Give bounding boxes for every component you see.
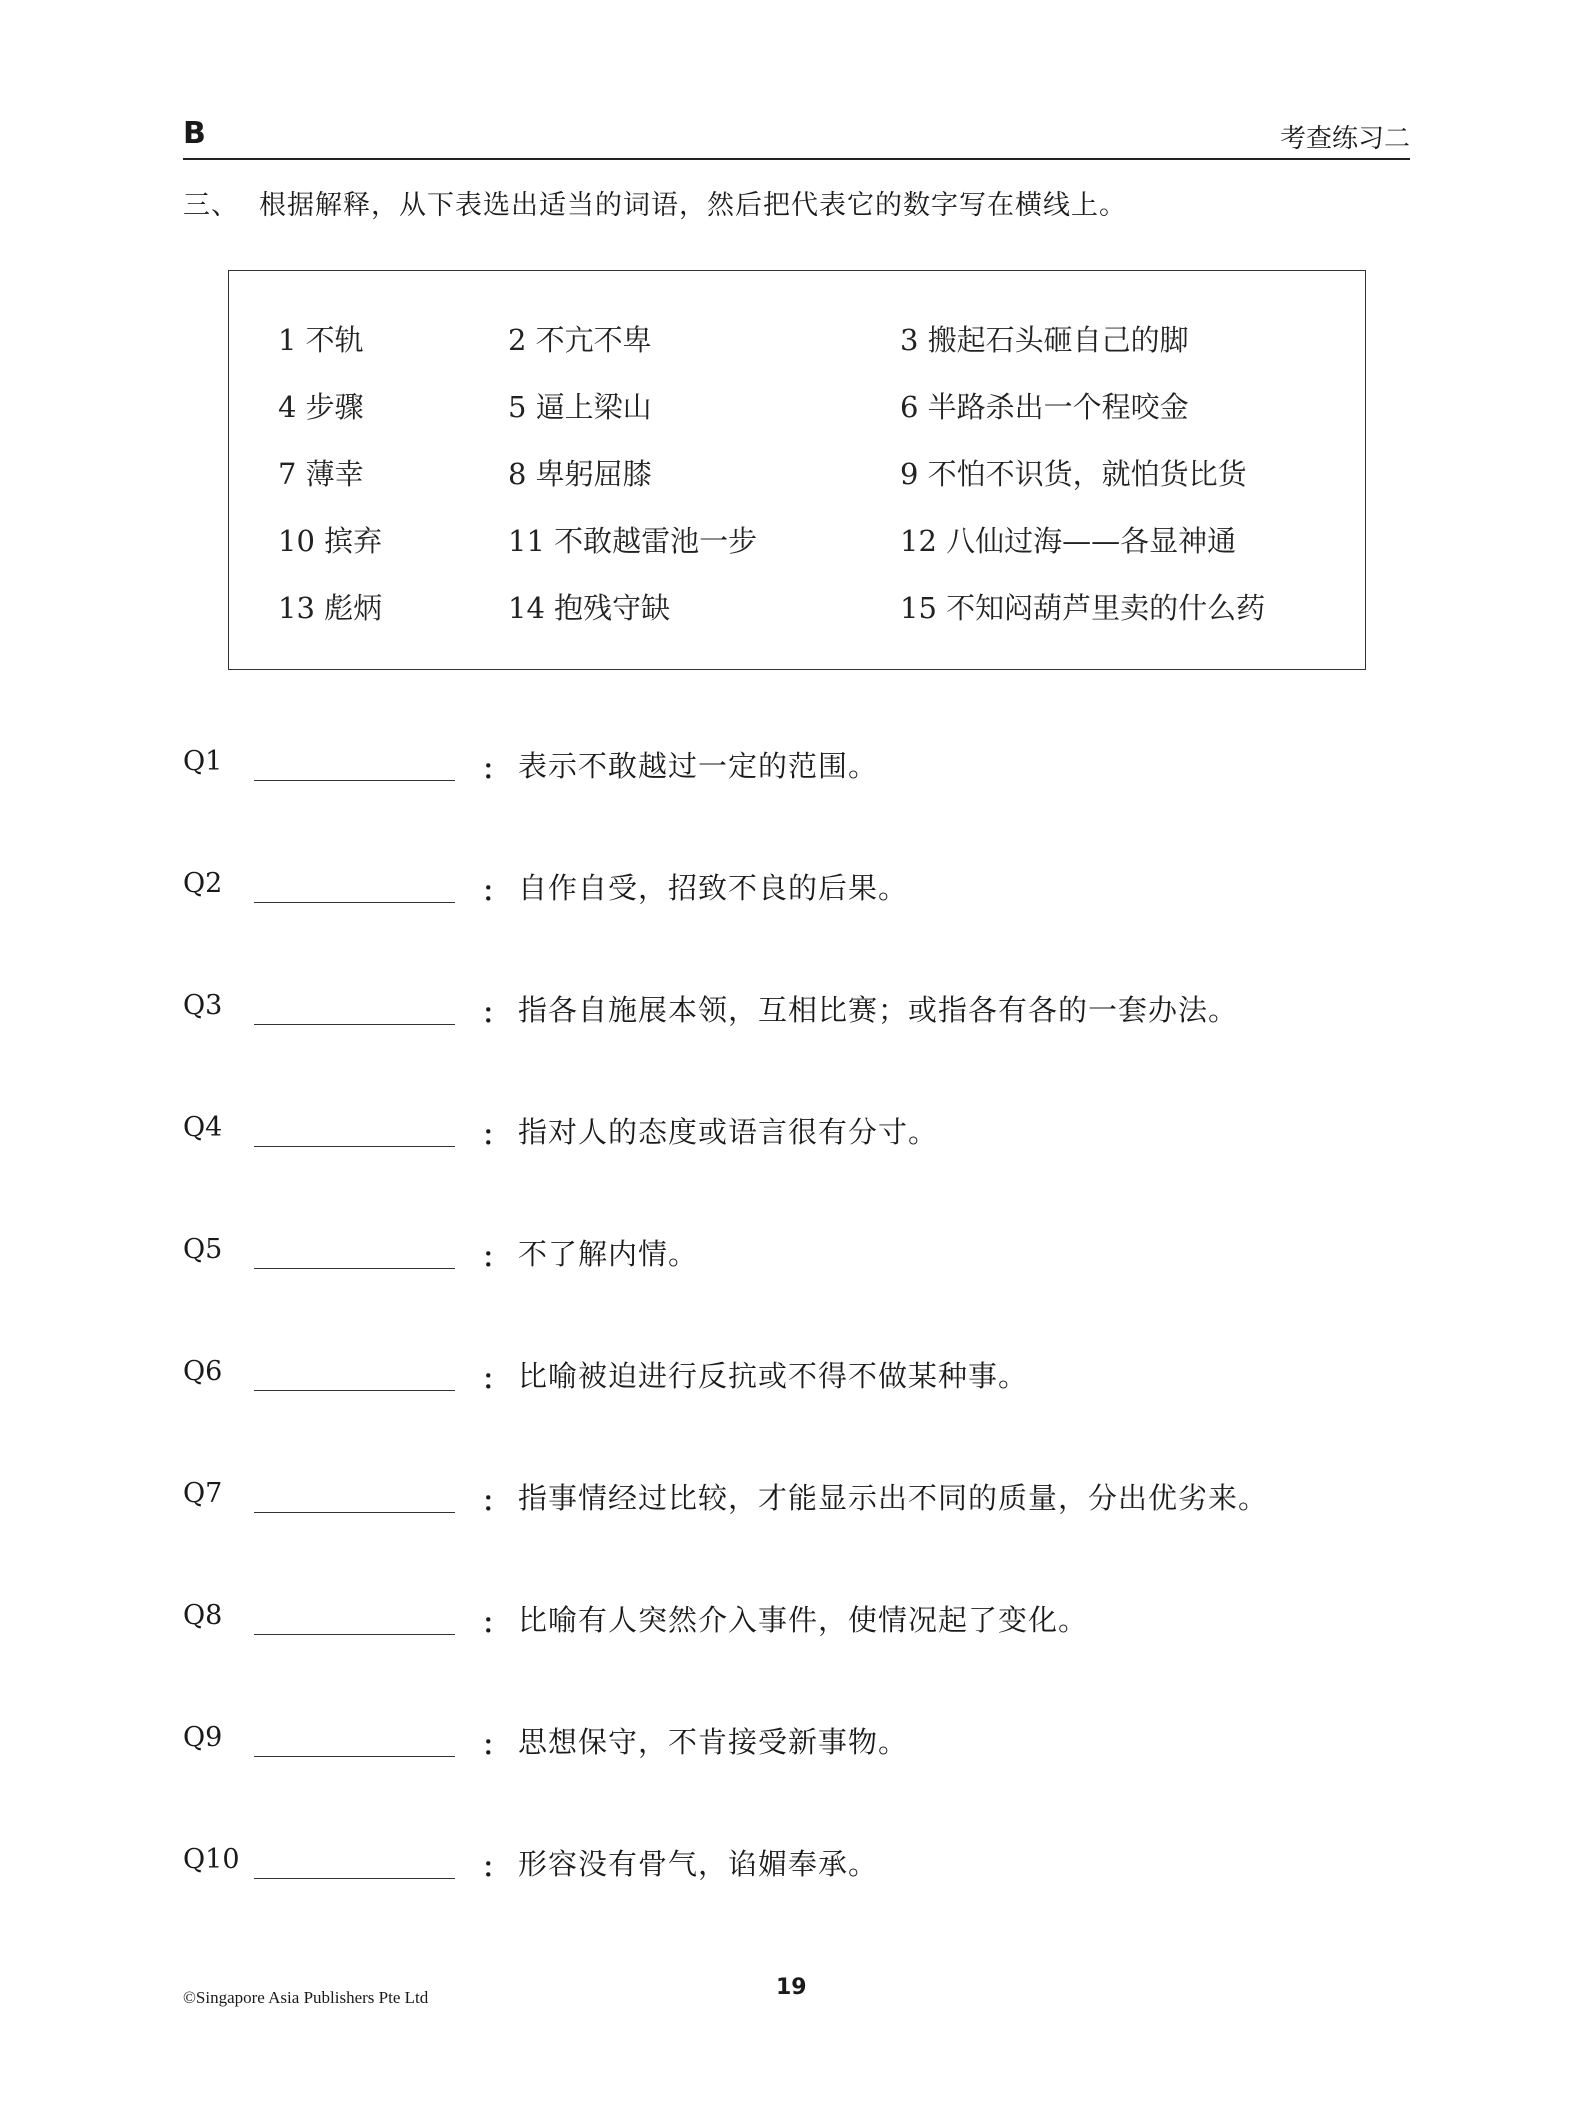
question-label: Q9 bbox=[183, 1722, 222, 1753]
question-label: Q10 bbox=[183, 1844, 240, 1875]
answer-blank[interactable] bbox=[254, 780, 455, 781]
word-text: 不知闷葫芦里卖的什么药 bbox=[946, 591, 1265, 625]
word-bank-item: 12 八仙过海——各显神通 bbox=[900, 519, 1236, 560]
word-number: 5 bbox=[508, 390, 526, 424]
colon: ： bbox=[482, 1358, 509, 1397]
word-bank-item: 8 卑躬屈膝 bbox=[508, 452, 652, 493]
word-number: 3 bbox=[900, 323, 918, 357]
question-label: Q5 bbox=[183, 1234, 222, 1265]
word-bank-item: 5 逼上梁山 bbox=[508, 385, 652, 426]
word-text: 八仙过海——各显神通 bbox=[946, 524, 1236, 558]
question-definition: 指对人的态度或语言很有分寸。 bbox=[518, 1110, 938, 1151]
word-number: 11 bbox=[508, 524, 545, 558]
question-definition: 思想保守，不肯接受新事物。 bbox=[518, 1720, 908, 1761]
word-text: 半路杀出一个程咬金 bbox=[928, 390, 1189, 424]
word-text: 薄幸 bbox=[306, 457, 364, 491]
word-bank-item: 13 彪炳 bbox=[278, 586, 382, 627]
word-number: 2 bbox=[508, 323, 526, 357]
word-text: 彪炳 bbox=[324, 591, 382, 625]
word-number: 7 bbox=[278, 457, 296, 491]
word-number: 15 bbox=[900, 591, 937, 625]
word-number: 6 bbox=[900, 390, 918, 424]
colon: ： bbox=[482, 1236, 509, 1275]
word-text: 抱残守缺 bbox=[554, 591, 670, 625]
colon: ： bbox=[482, 992, 509, 1031]
page-number: 19 bbox=[776, 1975, 807, 2000]
instruction: 三、根据解释，从下表选出适当的词语，然后把代表它的数字写在横线上。 bbox=[183, 183, 1127, 222]
question-definition: 自作自受，招致不良的后果。 bbox=[518, 866, 908, 907]
header-divider bbox=[183, 158, 1410, 160]
colon: ： bbox=[482, 748, 509, 787]
word-number: 13 bbox=[278, 591, 315, 625]
instruction-number: 三、 bbox=[183, 190, 239, 221]
question-definition: 比喻有人突然介入事件，使情况起了变化。 bbox=[518, 1598, 1088, 1639]
word-bank-item: 9 不怕不识货，就怕货比货 bbox=[900, 452, 1247, 493]
question-definition: 指事情经过比较，才能显示出不同的质量，分出优劣来。 bbox=[518, 1476, 1268, 1517]
word-text: 卑躬屈膝 bbox=[536, 457, 652, 491]
answer-blank[interactable] bbox=[254, 1146, 455, 1147]
word-bank-item: 10 摈弃 bbox=[278, 519, 382, 560]
question-label: Q8 bbox=[183, 1600, 222, 1631]
answer-blank[interactable] bbox=[254, 1512, 455, 1513]
question-definition: 指各自施展本领，互相比赛；或指各有各的一套办法。 bbox=[518, 988, 1238, 1029]
word-bank-item: 15 不知闷葫芦里卖的什么药 bbox=[900, 586, 1265, 627]
word-number: 4 bbox=[278, 390, 296, 424]
answer-blank[interactable] bbox=[254, 1756, 455, 1757]
word-bank-item: 14 抱残守缺 bbox=[508, 586, 670, 627]
question-label: Q7 bbox=[183, 1478, 222, 1509]
word-number: 10 bbox=[278, 524, 315, 558]
question-label: Q2 bbox=[183, 868, 222, 899]
word-text: 搬起石头砸自己的脚 bbox=[928, 323, 1189, 357]
answer-blank[interactable] bbox=[254, 1390, 455, 1391]
word-number: 12 bbox=[900, 524, 937, 558]
answer-blank[interactable] bbox=[254, 1024, 455, 1025]
colon: ： bbox=[482, 870, 509, 909]
colon: ： bbox=[482, 1480, 509, 1519]
word-text: 步骤 bbox=[306, 390, 364, 424]
word-text: 不轨 bbox=[306, 323, 364, 357]
word-text: 不敢越雷池一步 bbox=[554, 524, 757, 558]
question-definition: 比喻被迫进行反抗或不得不做某种事。 bbox=[518, 1354, 1028, 1395]
word-bank-item: 3 搬起石头砸自己的脚 bbox=[900, 318, 1189, 359]
question-label: Q4 bbox=[183, 1112, 222, 1143]
word-number: 8 bbox=[508, 457, 526, 491]
question-label: Q1 bbox=[183, 746, 222, 777]
word-bank-item: 4 步骤 bbox=[278, 385, 364, 426]
question-label: Q6 bbox=[183, 1356, 222, 1387]
word-bank-item: 2 不亢不卑 bbox=[508, 318, 652, 359]
word-number: 9 bbox=[900, 457, 918, 491]
answer-blank[interactable] bbox=[254, 1634, 455, 1635]
word-bank-item: 1 不轨 bbox=[278, 318, 364, 359]
word-text: 不怕不识货，就怕货比货 bbox=[928, 457, 1247, 491]
colon: ： bbox=[482, 1846, 509, 1885]
exercise-title: 考查练习二 bbox=[1280, 118, 1410, 155]
answer-blank[interactable] bbox=[254, 1878, 455, 1879]
word-bank-item: 7 薄幸 bbox=[278, 452, 364, 493]
colon: ： bbox=[482, 1114, 509, 1153]
section-letter: B bbox=[183, 116, 206, 151]
copyright-notice: ©Singapore Asia Publishers Pte Ltd bbox=[183, 1988, 428, 2008]
word-text: 摈弃 bbox=[324, 524, 382, 558]
word-bank-item: 11 不敢越雷池一步 bbox=[508, 519, 757, 560]
instruction-text: 根据解释，从下表选出适当的词语，然后把代表它的数字写在横线上。 bbox=[259, 190, 1127, 221]
word-number: 14 bbox=[508, 591, 545, 625]
word-bank-item: 6 半路杀出一个程咬金 bbox=[900, 385, 1189, 426]
question-definition: 不了解内情。 bbox=[518, 1232, 698, 1273]
question-definition: 表示不敢越过一定的范围。 bbox=[518, 744, 878, 785]
question-definition: 形容没有骨气，谄媚奉承。 bbox=[518, 1842, 878, 1883]
answer-blank[interactable] bbox=[254, 902, 455, 903]
colon: ： bbox=[482, 1724, 509, 1763]
question-label: Q3 bbox=[183, 990, 222, 1021]
word-text: 不亢不卑 bbox=[536, 323, 652, 357]
colon: ： bbox=[482, 1602, 509, 1641]
word-number: 1 bbox=[278, 323, 296, 357]
answer-blank[interactable] bbox=[254, 1268, 455, 1269]
word-text: 逼上梁山 bbox=[536, 390, 652, 424]
